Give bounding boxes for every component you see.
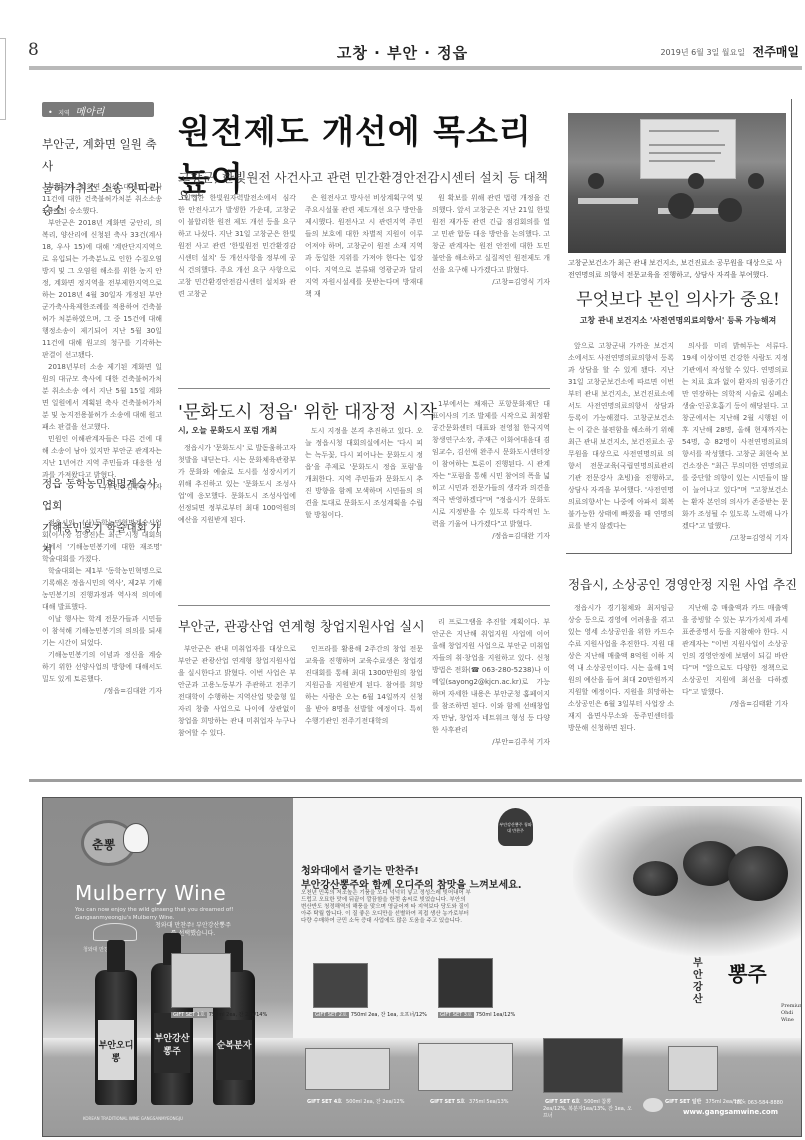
wine-bottle: 부안오디뽕	[95, 970, 137, 1105]
gift-set-1-label: GIFT SET 1호750ml 2ea, 잔 2ea/14%	[171, 1011, 267, 1018]
paragraph: 정읍시와 (사)동학농민혁명계승사업회(이사장 김영진)는 최근 시청 대회의실…	[42, 517, 162, 565]
tourism-article-column: 부안군은 관내 미취업자를 대상으로 부안군 관광산업 연계형 창업지원사업을 …	[178, 643, 296, 743]
logo-text: 춘뽕	[92, 836, 115, 853]
bluehouse-badge: 부안강산뽕주 청와대 만찬주	[498, 808, 533, 846]
byline: /정읍=김대완 기자	[432, 530, 550, 542]
issue-date: 2019년 6월 3일 월요일	[660, 47, 745, 58]
divider	[178, 388, 550, 389]
promo-headline: 청와대에서 즐기는 만찬주!	[301, 862, 419, 877]
culture-headline: '문화도시 정읍' 위한 대장정 시작	[178, 398, 453, 424]
header-rule	[29, 66, 802, 70]
business-article-column: 지난해 총 매출액과 카드 매출액을 증빙할 수 있는 부가가치세 과세표준증명…	[682, 602, 788, 752]
desk	[578, 198, 638, 204]
promo-subheadline: 부안강산뽕주와 함께 오디주의 참맛을 느껴보세요.	[301, 876, 522, 891]
paragraph: 기해농민봉기의 이념과 정신을 계승하기 위한 선양사업의 방향에 대해서도 밀…	[42, 649, 162, 685]
paragraph: 인프라를 활용해 2주간의 창업 전문교육을 진행하며 교육수료생은 창업경진대…	[305, 643, 423, 727]
culture-subheadline: 시, 오늘 문화도시 포럼 개최	[178, 425, 298, 436]
footer-brand: KOREAN TRADITIONAL WINE GANGSANMYEONGJU	[83, 1116, 183, 1121]
bottle-neck	[107, 940, 125, 972]
gift-set-5-image	[418, 1043, 513, 1091]
audience-head	[718, 198, 742, 222]
paragraph: 부안군은 2018년 계화면 궁안리, 의복리, 양산리에 신청된 축사 33건…	[42, 217, 162, 361]
culture-article-column: 도시 지정을 본격 추진하고 있다. 오늘 정읍시청 대회의실에서는 '다시 피…	[305, 425, 423, 590]
seminar-photo	[568, 113, 786, 253]
gift-name: GIFT SET 5호	[428, 1099, 467, 1105]
gift-name: GIFT SET 6호	[543, 1099, 582, 1105]
paragraph: 2018년부터 소송 제기된 계화면 일원의 대규모 축사에 대한 건축불허가처…	[42, 361, 162, 433]
divider	[178, 605, 550, 606]
paragraph: 1부에서는 채재근 포항문화재단 대표이사의 기조 발제를 시작으로 최정환 공…	[432, 398, 550, 530]
gift-spec: 500ml 2ea, 잔 2ea/12%	[346, 1099, 404, 1105]
left-article1-body: 부안군이 계화면 일원 대규모 축사 11건에 대한 건축불허가처분 취소소송 …	[42, 181, 162, 456]
gift-name: GIFT SET 4호	[305, 1099, 344, 1105]
gift-set-4-image	[305, 1048, 390, 1090]
right-article-column: 의사를 미리 밝혀두는 서류다. 19세 이상이면 건강한 사람도 지정 기관에…	[682, 340, 788, 540]
paragraph: 정읍시가 '문화도시' 로 발돋움하고자 첫발을 내딛는다. 시는 문화체육관광…	[178, 442, 296, 526]
left-article2-body: 정읍시와 (사)동학농민혁명계승사업회(이사장 김영진)는 최근 시청 대회의실…	[42, 517, 162, 747]
paragraph: 의사를 미리 밝혀두는 서류다. 19세 이상이면 건강한 사람도 지정 기관에…	[682, 340, 788, 532]
bluehouse-icon	[93, 923, 137, 941]
audience-head	[748, 173, 764, 189]
gift-set-general-image	[668, 1046, 718, 1091]
tourism-headline: 부안군, 관광산업 연계형 창업지원사업 실시	[178, 616, 428, 635]
ad-divider-rule	[29, 779, 802, 782]
audience-head	[688, 173, 704, 189]
premium-text: Premium Ohdi Wine	[781, 1003, 802, 1024]
paragraph: 학술대회는 제1부 '동학농민혁명으로 기록해온 정읍시민의 역사', 제2부 …	[42, 565, 162, 613]
gift-spec: 750ml 1ea/12%	[476, 1012, 516, 1018]
right-headline: 무엇보다 본인 의사가 중요!	[568, 285, 788, 310]
gift-set-1-image	[171, 953, 231, 1008]
tag-name: 메아리	[75, 107, 104, 118]
mulberry-image	[573, 806, 802, 956]
business-article-column: 정읍시가 경기침체와 최저임금 상승 등으로 경영에 어려움을 겪고 있는 영세…	[568, 602, 674, 752]
mascot-icon	[123, 823, 149, 853]
main-article-column: 원 확보를 위해 관련 법령 개정을 건의했다. 앞서 고창군은 지난 21일 …	[432, 192, 550, 372]
tourism-article-column: 인프라를 활용해 2주간의 창업 전문교육을 진행하며 교육수료생은 창업경진대…	[305, 643, 423, 743]
berry	[728, 846, 788, 901]
byline: /고창=김영식 기자	[432, 276, 550, 288]
gift-name: GIFT SET 3호	[438, 1012, 474, 1018]
projector-screen	[640, 119, 736, 179]
berry	[633, 861, 678, 896]
gift-name: GIFT SET 1호	[171, 1012, 207, 1018]
paragraph: 은 원전사고 방사선 비상계획구역 및 주요시설물 관련 제도개선 요구 방안을…	[305, 192, 423, 300]
byline: /정읍=김대완 기자	[42, 685, 162, 697]
gift-set-6-label: GIFT SET 6호500ml 참뽕2ea/12%, 복분자1ea/13%, …	[543, 1098, 633, 1119]
screen-text-line	[649, 144, 725, 146]
ad-website-link[interactable]: www.gangsamwine.com	[683, 1108, 778, 1116]
mulberry-wine-advertisement[interactable]: 춘뽕 Mulberry Wine You can now enjoy the w…	[42, 797, 802, 1137]
ad-telephone: TEL : 063-584-8880	[698, 1100, 783, 1106]
gift-spec: 750ml 2ea, 잔 2ea/14%	[209, 1012, 267, 1018]
bottle-label: 부안오디뽕	[98, 1020, 134, 1080]
newspaper-brand: 전주매일	[753, 43, 799, 60]
byline: /정읍=김태환 기자	[682, 698, 788, 710]
paragraph: 앞으로 고창군내 가까운 보건지소에서도 사전연명의료의향서 등록과 상담을 할…	[568, 340, 674, 532]
business-headline: 정읍시, 소상공인 경영안정 지원 사업 추진	[568, 575, 798, 593]
right-subheadline: 고창 관내 보건지소 '사전연명의료의향서' 등록 가능해져	[568, 315, 788, 326]
gift-name: GIFT SET 2호	[313, 1012, 349, 1018]
ad-description: You can now enjoy the wild ginseng that …	[75, 906, 275, 922]
paragraph: 원 확보를 위해 관련 법령 개정을 건의했다. 앞서 고창군은 지난 21일 …	[432, 192, 550, 276]
culture-article-column: 정읍시가 '문화도시' 로 발돋움하고자 첫발을 내딛는다. 시는 문화체육관광…	[178, 442, 296, 592]
paragraph: 이날 행사는 학계 전문가들과 시민들이 참석해 기해농민봉기의 의의를 되새기…	[42, 613, 162, 649]
main-article-column: 은 원전사고 방사선 비상계획구역 및 주요시설물 관련 제도개선 요구 방안을…	[305, 192, 423, 372]
paragraph: 정읍시가 경기침체와 최저임금 상승 등으로 경영에 어려움을 겪고 있는 영세…	[568, 602, 674, 734]
bottle-label: 부안강산 뽕주	[154, 1013, 190, 1073]
bullet-icon: •	[48, 108, 53, 117]
gift-set-3-label: GIFT SET 3호750ml 1ea/12%	[438, 1011, 515, 1018]
promo-body: 오천년 민족의 저조높은 기품을 오디 넉넉히 넣고 정성스레 빚어내어 부드럽…	[301, 890, 471, 925]
gift-set-2-image	[313, 963, 368, 1008]
audience-head	[588, 173, 604, 189]
byline: /고창=김영식 기자	[682, 532, 788, 544]
gift-set-4-label: GIFT SET 4호500ml 2ea, 잔 2ea/12%	[305, 1098, 404, 1105]
gift-spec: 375ml 5ea/13%	[469, 1099, 509, 1105]
tag-region: 지역	[58, 110, 70, 117]
tourism-article-column: 리 프로그램을 추진할 계획이다. 부안군은 지난해 취업지원 사업에 이어 올…	[432, 616, 550, 746]
screen-text-line	[649, 160, 715, 162]
audience-head	[668, 193, 694, 219]
main-article-column: 인접한 한빛원자력발전소에서 심각한 안전사고가 발생한 가운데, 고창군이 불…	[178, 192, 296, 372]
calligraphy-title: 뽕주	[728, 958, 767, 987]
gift-set-6-image	[543, 1038, 623, 1093]
right-article-column: 앞으로 고창군내 가까운 보건지소에서도 사전연명의료의향서 등록과 상담을 할…	[568, 340, 674, 540]
column-tag: • 지역 메아리	[42, 102, 154, 117]
paragraph: 부안군은 관내 미취업자를 대상으로 부안군 관광산업 연계형 창업지원사업을 …	[178, 643, 296, 739]
headline-line: 정읍 동학농민혁명계승사업회	[42, 473, 167, 517]
calligraphy-small: 부안강산	[693, 958, 707, 1006]
screen-text-line	[649, 130, 719, 132]
culture-article-column: 1부에서는 채재근 포항문화재단 대표이사의 기조 발제를 시작으로 최정환 공…	[432, 398, 550, 593]
paragraph: 부안군이 계화면 일원 대규모 축사 11건에 대한 건축불허가처분 취소소송 …	[42, 181, 162, 217]
gift-set-2-label: GIFT SET 2호750ml 2ea, 잔 1ea, 오프너/12%	[313, 1011, 427, 1018]
bottle-label: 순복분자	[216, 1020, 252, 1080]
gift-spec: 750ml 2ea, 잔 1ea, 오프너/12%	[351, 1012, 427, 1018]
gift-set-3-image	[438, 958, 493, 1008]
paragraph: 인접한 한빛원자력발전소에서 심각한 안전사고가 발생한 가운데, 고창군이 불…	[178, 192, 296, 300]
ad-title: Mulberry Wine	[75, 881, 226, 905]
headline-line: 부안군, 계화면 일원 축사	[42, 133, 162, 177]
gift-set-5-label: GIFT SET 5호375ml 5ea/13%	[428, 1098, 509, 1105]
screen-text-line	[649, 152, 721, 154]
photo-caption: 고창군보건소가 최근 관내 보건지소, 보건진료소 공무원을 대상으로 사전연명…	[568, 257, 788, 281]
byline: /부안=김주석 기자	[432, 736, 550, 748]
paragraph: 지난해 총 매출액과 카드 매출액을 증빙할 수 있는 부가가치세 과세표준증명…	[682, 602, 788, 698]
paragraph: 도시 지정을 본격 추진하고 있다. 오늘 정읍시청 대회의실에서는 '다시 피…	[305, 425, 423, 521]
brand-seal-icon	[643, 1098, 663, 1112]
paragraph: 리 프로그램을 추진할 계획이다. 부안군은 지난해 취업지원 사업에 이어 올…	[432, 616, 550, 736]
